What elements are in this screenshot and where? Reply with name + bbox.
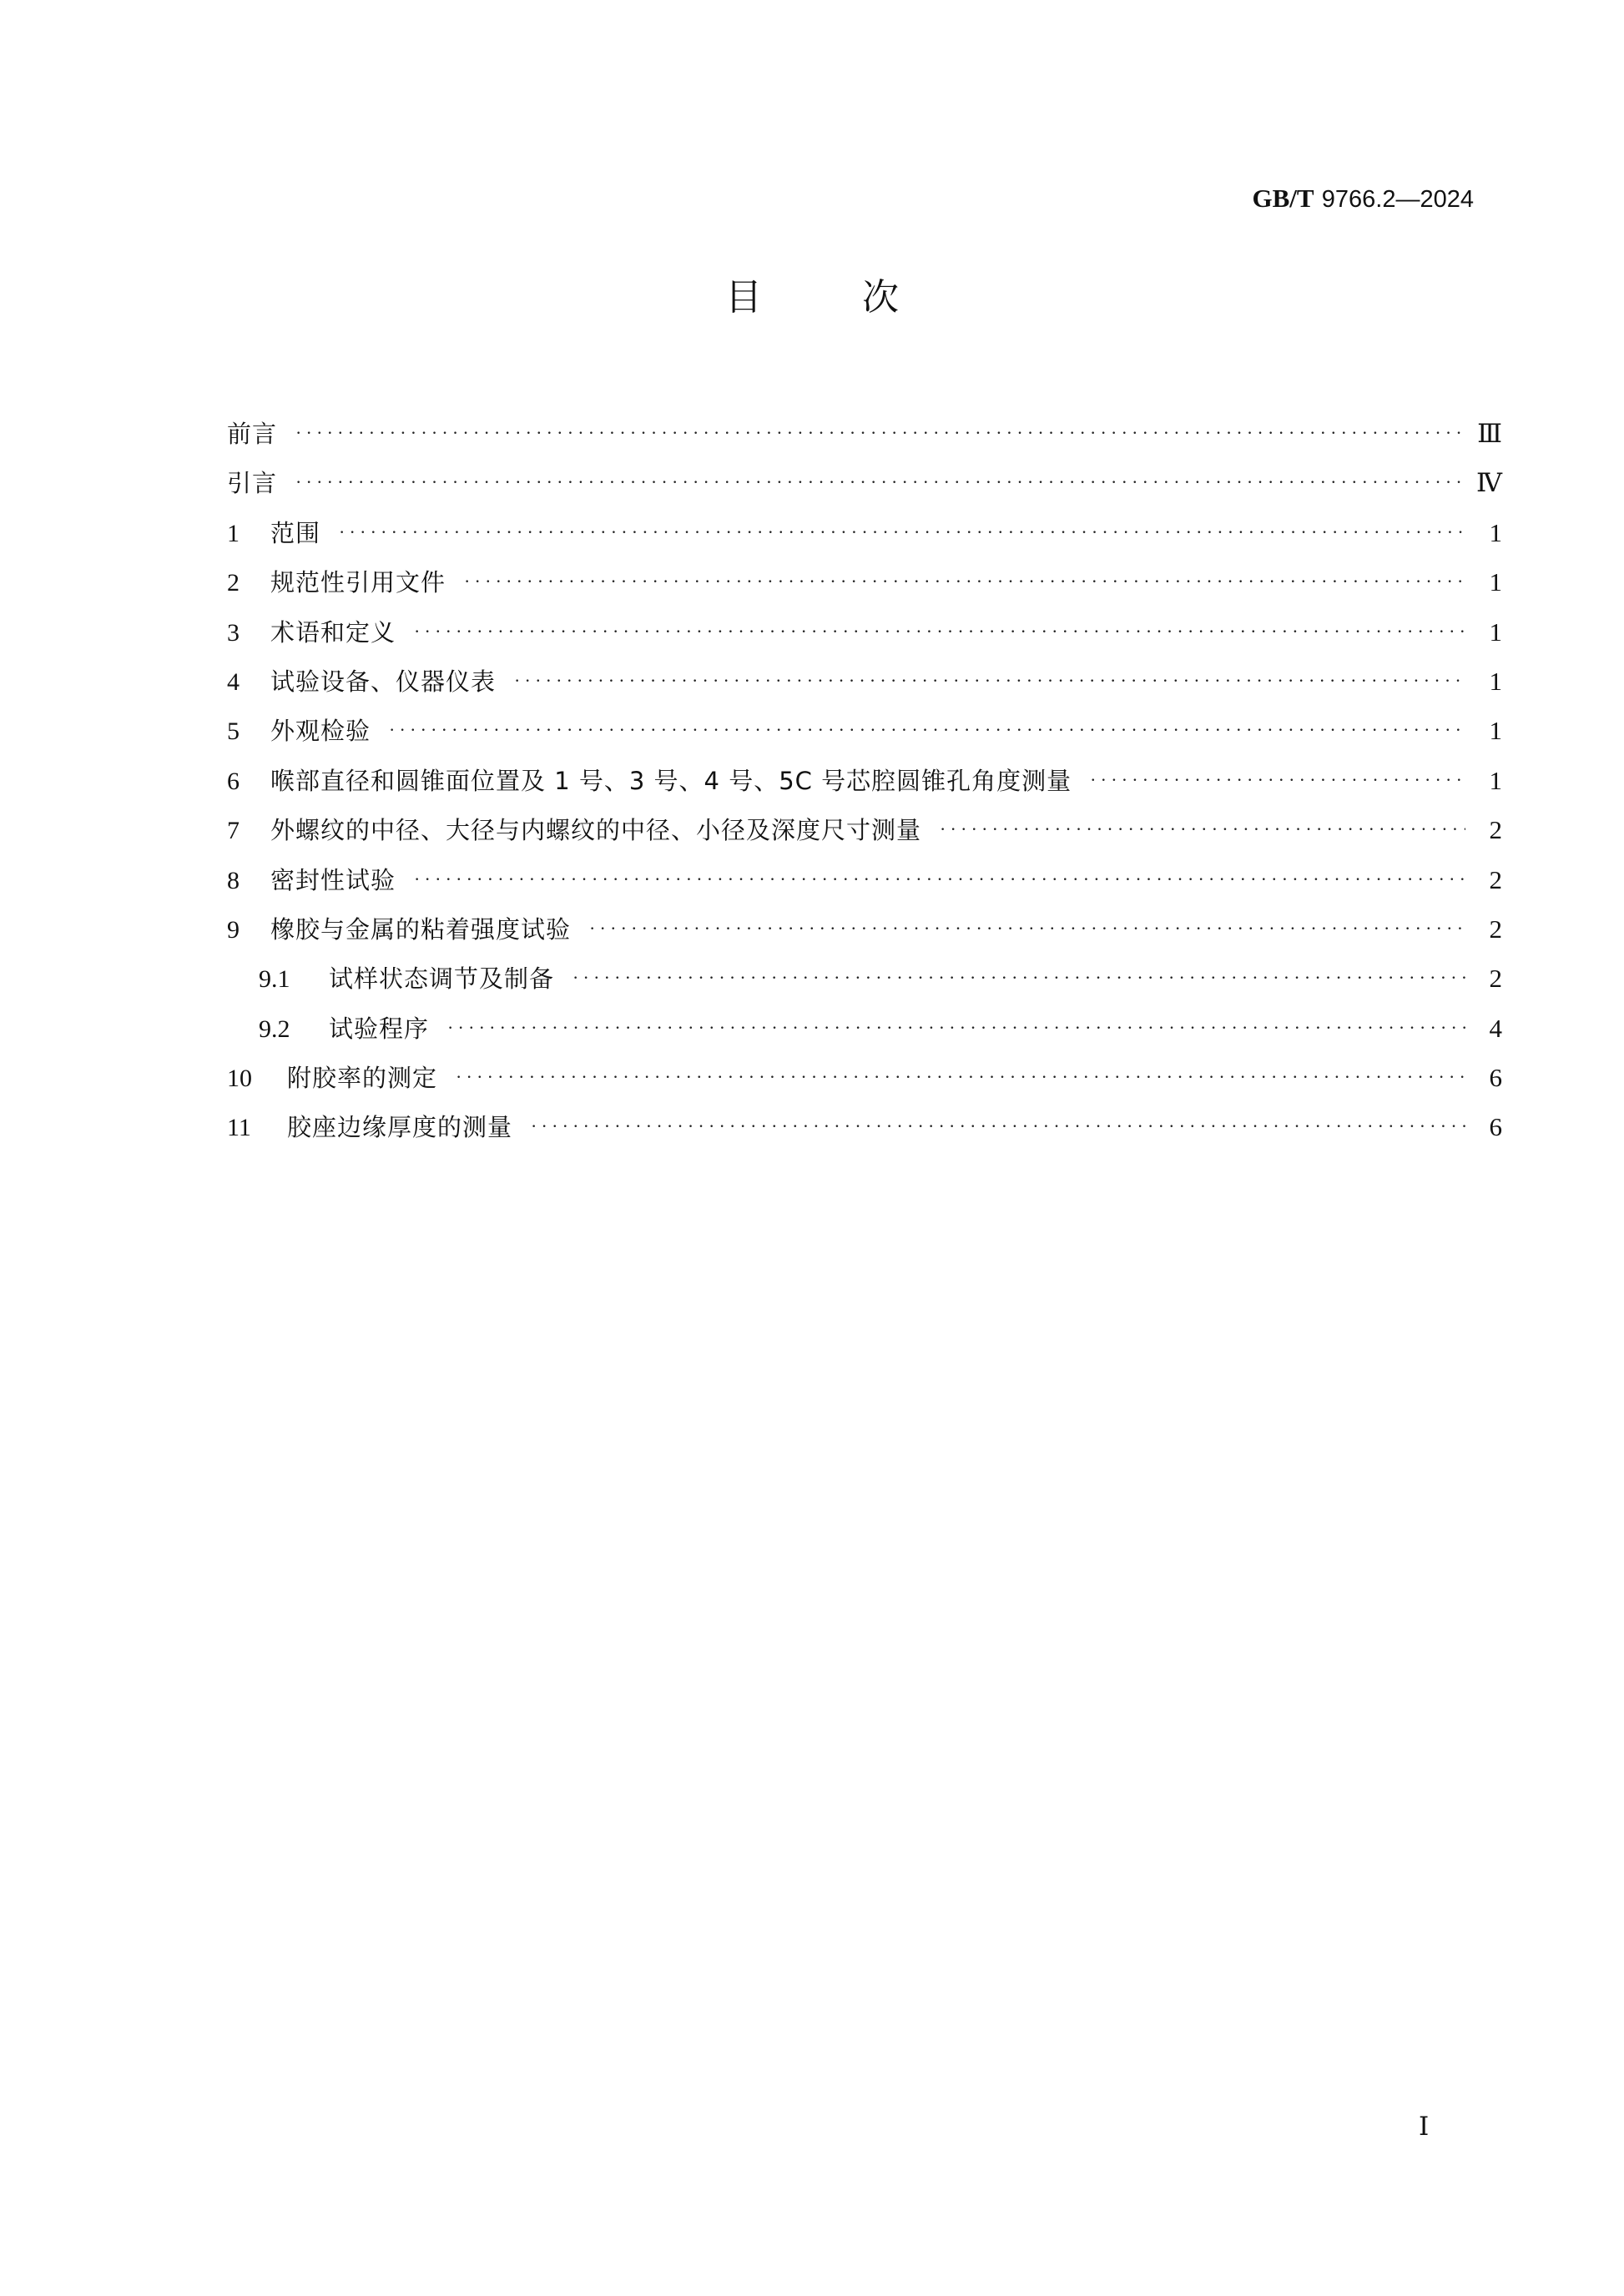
toc-entry-6[interactable]: 6 喉部直径和圆锥面位置及 1 号、3 号、4 号、5C 号芯腔圆锥孔角度测量 … <box>227 756 1502 805</box>
page-folio: Ⅰ <box>1419 2113 1429 2139</box>
toc-entry-9-2[interactable]: 9.2 试验程序 4 <box>227 1004 1502 1053</box>
toc-entry-page: 1 <box>1479 557 1502 607</box>
toc-entry-label: 喉部直径和圆锥面位置及 1 号、3 号、4 号、5C 号芯腔圆锥孔角度测量 <box>270 757 1072 806</box>
dot-leader <box>464 556 1465 606</box>
toc-entry-number: 8 <box>227 856 270 905</box>
dot-leader <box>339 507 1465 556</box>
toc-entry-page: 1 <box>1479 657 1502 706</box>
toc-entry-page: 1 <box>1479 756 1502 805</box>
title-char-2: 次 <box>862 276 899 319</box>
dot-leader <box>414 607 1465 656</box>
toc-entry-label: 密封性试验 <box>270 856 396 905</box>
toc-entry-page: Ⅳ <box>1476 458 1502 507</box>
toc-entry-9-1[interactable]: 9.1 试样状态调节及制备 2 <box>227 954 1502 1003</box>
toc-entry-number: 10 <box>227 1054 287 1103</box>
toc-entry-page: Ⅲ <box>1477 409 1502 458</box>
table-of-contents: 前言 Ⅲ 引言 Ⅳ 1 范围 1 2 规范性引用文件 1 3 术语和定义 1 4… <box>227 409 1502 1152</box>
standard-prefix: GB/T <box>1252 184 1314 213</box>
toc-entry-page: 6 <box>1479 1053 1502 1102</box>
toc-entry-label: 术语和定义 <box>270 608 396 657</box>
toc-entry-2[interactable]: 2 规范性引用文件 1 <box>227 557 1502 607</box>
toc-entry-number: 4 <box>227 657 270 707</box>
toc-entry-number: 2 <box>227 558 270 607</box>
standard-code: GB/T 9766.2—2024 <box>1252 185 1474 212</box>
toc-entry-page: 1 <box>1479 706 1502 755</box>
toc-entry-1[interactable]: 1 范围 1 <box>227 508 1502 557</box>
dot-leader <box>295 408 1464 457</box>
toc-entry-label: 引言 <box>227 459 277 508</box>
toc-entry-label: 规范性引用文件 <box>270 558 446 607</box>
toc-entry-3[interactable]: 3 术语和定义 1 <box>227 607 1502 657</box>
toc-entry-introduction[interactable]: 引言 Ⅳ <box>227 458 1502 507</box>
toc-entry-number: 7 <box>227 806 270 855</box>
toc-entry-number: 5 <box>227 707 270 756</box>
toc-entry-7[interactable]: 7 外螺纹的中径、大径与内螺纹的中径、小径及深度尺寸测量 2 <box>227 805 1502 854</box>
toc-entry-label: 范围 <box>270 509 320 558</box>
dot-leader <box>447 1003 1465 1052</box>
toc-entry-foreword[interactable]: 前言 Ⅲ <box>227 409 1502 458</box>
toc-entry-page: 4 <box>1479 1004 1502 1053</box>
toc-entry-9[interactable]: 9 橡胶与金属的粘着强度试验 2 <box>227 904 1502 954</box>
toc-entry-page: 2 <box>1479 805 1502 854</box>
toc-entry-number: 9.1 <box>259 954 329 1004</box>
toc-entry-5[interactable]: 5 外观检验 1 <box>227 706 1502 755</box>
dot-leader <box>389 705 1465 754</box>
toc-entry-label: 试验设备、仪器仪表 <box>270 657 496 707</box>
dot-leader <box>514 656 1465 705</box>
toc-entry-number: 1 <box>227 509 270 558</box>
toc-entry-page: 6 <box>1479 1102 1502 1151</box>
toc-entry-label: 外观检验 <box>270 707 371 756</box>
dot-leader <box>940 804 1465 853</box>
toc-entry-label: 试样状态调节及制备 <box>329 954 554 1004</box>
toc-entry-10[interactable]: 10 附胶率的测定 6 <box>227 1053 1502 1102</box>
dot-leader <box>414 854 1465 904</box>
dot-leader <box>531 1101 1465 1151</box>
toc-entry-page: 2 <box>1479 954 1502 1003</box>
toc-entry-page: 1 <box>1479 508 1502 557</box>
toc-entry-page: 2 <box>1479 855 1502 904</box>
toc-entry-number: 11 <box>227 1103 287 1152</box>
toc-entry-label: 胶座边缘厚度的测量 <box>287 1103 512 1152</box>
toc-entry-label: 外螺纹的中径、大径与内螺纹的中径、小径及深度尺寸测量 <box>270 806 921 855</box>
toc-entry-number: 3 <box>227 608 270 657</box>
toc-entry-11[interactable]: 11 胶座边缘厚度的测量 6 <box>227 1102 1502 1151</box>
toc-entry-4[interactable]: 4 试验设备、仪器仪表 1 <box>227 657 1502 706</box>
toc-entry-page: 1 <box>1479 607 1502 657</box>
toc-entry-8[interactable]: 8 密封性试验 2 <box>227 855 1502 904</box>
page-title: 目次 <box>0 279 1624 316</box>
standard-number: 9766.2—2024 <box>1322 186 1474 213</box>
toc-entry-label: 试验程序 <box>329 1004 429 1054</box>
title-char-1: 目 <box>725 276 762 319</box>
toc-entry-label: 前言 <box>227 410 277 459</box>
toc-entry-number: 6 <box>227 757 270 806</box>
dot-leader <box>589 904 1465 953</box>
dot-leader <box>295 457 1463 506</box>
dot-leader <box>456 1052 1465 1101</box>
toc-entry-number: 9 <box>227 905 270 954</box>
dot-leader <box>572 953 1465 1002</box>
toc-entry-page: 2 <box>1479 904 1502 954</box>
toc-entry-label: 橡胶与金属的粘着强度试验 <box>270 905 571 954</box>
toc-entry-label: 附胶率的测定 <box>287 1054 437 1103</box>
toc-entry-number: 9.2 <box>259 1004 329 1054</box>
dot-leader <box>1090 755 1465 804</box>
